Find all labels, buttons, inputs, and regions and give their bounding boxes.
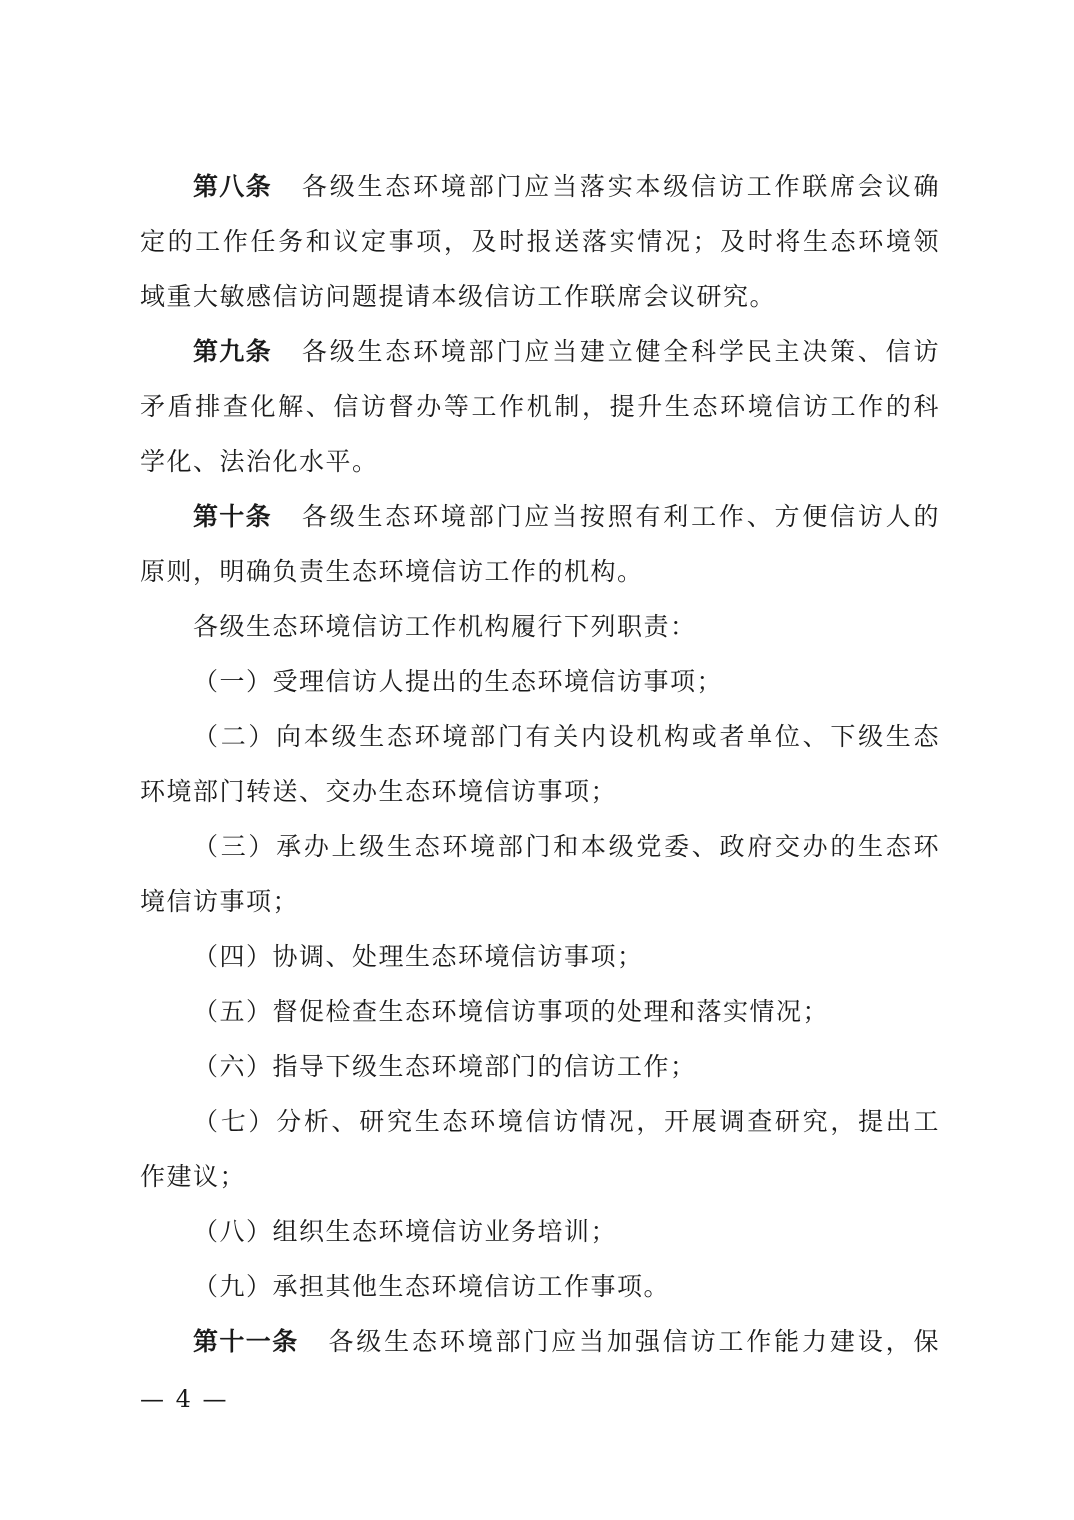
article-10-text: 各级生态环境部门应当按照有利工作、方便信访人的: [302, 502, 940, 531]
article-9-heading: 第九条: [193, 337, 272, 366]
duty-6: （六）指导下级生态环境部门的信访工作；: [193, 1047, 940, 1087]
duty-1: （一）受理信访人提出的生态环境信访事项；: [193, 662, 940, 702]
duty-7-line-1: （七）分析、研究生态环境信访情况，开展调查研究，提出工: [193, 1102, 940, 1142]
duty-9: （九）承担其他生态环境信访工作事项。: [193, 1267, 940, 1307]
duty-2-line-1: （二）向本级生态环境部门有关内设机构或者单位、下级生态: [193, 717, 940, 757]
duty-5: （五）督促检查生态环境信访事项的处理和落实情况；: [193, 992, 940, 1032]
article-10-line-1: 第十条各级生态环境部门应当按照有利工作、方便信访人的: [193, 497, 940, 537]
page-number: — 4 —: [140, 1379, 229, 1419]
article-10-heading: 第十条: [193, 502, 272, 531]
article-8-line-1: 第八条各级生态环境部门应当落实本级信访工作联席会议确: [193, 167, 940, 207]
article-9-line-2: 矛盾排查化解、信访督办等工作机制，提升生态环境信访工作的科: [140, 387, 940, 427]
article-11-text: 各级生态环境部门应当加强信访工作能力建设，保: [328, 1327, 940, 1356]
article-8-line-3: 域重大敏感信访问题提请本级信访工作联席会议研究。: [140, 277, 940, 317]
article-8-heading: 第八条: [193, 172, 272, 201]
document-page: 第八条各级生态环境部门应当落实本级信访工作联席会议确 定的工作任务和议定事项，及…: [0, 0, 1074, 1520]
duty-3-line-1: （三）承办上级生态环境部门和本级党委、政府交办的生态环: [193, 827, 940, 867]
duty-2-line-2: 环境部门转送、交办生态环境信访事项；: [140, 772, 940, 812]
duty-7-line-2: 作建议；: [140, 1157, 940, 1197]
duty-4: （四）协调、处理生态环境信访事项；: [193, 937, 940, 977]
duties-intro: 各级生态环境信访工作机构履行下列职责：: [193, 607, 940, 647]
article-11-line-1: 第十一条各级生态环境部门应当加强信访工作能力建设，保: [193, 1322, 940, 1362]
article-9-text: 各级生态环境部门应当建立健全科学民主决策、信访: [302, 337, 940, 366]
article-11-heading: 第十一条: [193, 1327, 298, 1356]
article-9-line-3: 学化、法治化水平。: [140, 442, 940, 482]
duty-3-line-2: 境信访事项；: [140, 882, 940, 922]
article-8-text: 各级生态环境部门应当落实本级信访工作联席会议确: [302, 172, 940, 201]
article-10-line-2: 原则，明确负责生态环境信访工作的机构。: [140, 552, 940, 592]
article-8-line-2: 定的工作任务和议定事项，及时报送落实情况；及时将生态环境领: [140, 222, 940, 262]
article-9-line-1: 第九条各级生态环境部门应当建立健全科学民主决策、信访: [193, 332, 940, 372]
duty-8: （八）组织生态环境信访业务培训；: [193, 1212, 940, 1252]
